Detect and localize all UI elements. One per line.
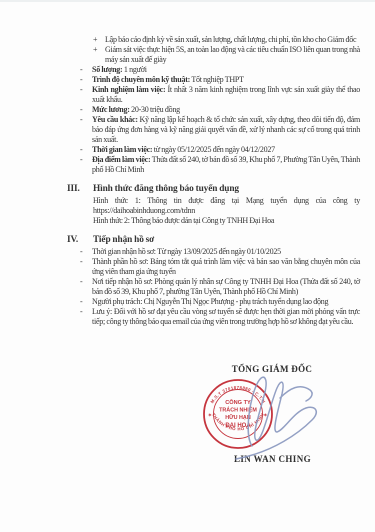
spec-text: Địa điểm làm việc: Thửa đất số 240, tờ b… — [92, 155, 360, 175]
spec-text: Mức lương: 20-30 triệu đồng — [92, 105, 360, 115]
spec-label: Trình độ chuyên môn kỹ thuật: — [92, 75, 190, 84]
dash-marker: - — [80, 277, 92, 287]
dash-marker: - — [80, 65, 92, 75]
item-text: Thành phần hồ sơ: Bảng tóm tắt quá trình… — [92, 257, 360, 277]
item-text: Thời gian nhận hồ sơ: Từ ngày 13/09/2025… — [92, 247, 360, 257]
list-item: + Lập báo cáo định kỳ về sản xuất, sản l… — [93, 35, 360, 45]
item-text: Nơi tiếp nhận hồ sơ: Phòng quản lý nhân … — [92, 277, 360, 297]
list-item: - Người phụ trách: Chị Nguyễn Thị Ngọc P… — [80, 297, 360, 307]
dash-marker: - — [80, 105, 92, 115]
spec-value: từ ngày 05/12/2025 đến ngày 04/12/2027 — [154, 145, 275, 154]
item-text: Người phụ trách: Chị Nguyễn Thị Ngọc Phư… — [92, 297, 360, 307]
list-item: - Thời gian làm việc: từ ngày 05/12/2025… — [80, 145, 360, 155]
dash-marker: - — [80, 257, 92, 267]
item-text: Lưu ý: Đối với hồ sơ đạt yêu cầu vòng sơ… — [92, 307, 360, 327]
spec-label: Kinh nghiệm làm việc: — [92, 85, 165, 94]
list-item: + Giám sát việc thực hiện 5S, an toàn la… — [93, 45, 360, 65]
document-content: + Lập báo cáo định kỳ về sản xuất, sản l… — [0, 2, 375, 327]
spec-text: Kinh nghiệm làm việc: Ít nhất 3 năm kinh… — [92, 85, 360, 105]
dash-marker: - — [80, 85, 92, 95]
list-item: - Số lượng: 1 người — [80, 65, 360, 75]
section-title: Tiếp nhận hồ sơ — [93, 235, 360, 245]
dash-marker: - — [80, 145, 92, 155]
spec-value: 1 người — [124, 65, 147, 74]
plus-marker: + — [93, 35, 105, 45]
plus-marker: + — [93, 45, 105, 55]
section-title: Hình thức đăng thông báo tuyển dụng — [93, 184, 360, 194]
dash-marker: - — [80, 297, 92, 307]
list-item: - Lưu ý: Đối với hồ sơ đạt yêu cầu vòng … — [80, 307, 360, 327]
dash-marker: - — [80, 115, 92, 125]
section-line: Hình thức 2: Thông báo được dán tại Công… — [93, 216, 360, 226]
list-item: - Mức lương: 20-30 triệu đồng — [80, 105, 360, 115]
spec-label: Yêu cầu khác: — [92, 115, 138, 124]
dash-marker: - — [80, 155, 92, 165]
list-item: - Thời gian nhận hồ sơ: Từ ngày 13/09/20… — [80, 247, 360, 257]
dash-marker: - — [80, 247, 92, 257]
bullet-text: Giám sát việc thực hiện 5S, an toàn lao … — [105, 45, 360, 65]
dash-marker: - — [80, 75, 92, 85]
spec-value: 20-30 triệu đồng — [131, 105, 180, 114]
spec-label: Số lượng: — [92, 65, 122, 74]
section-number: III. — [67, 184, 93, 194]
seal-star-left-icon: ✶ — [208, 413, 212, 418]
signature-scribble — [222, 368, 350, 468]
spec-label: Thời gian làm việc: — [92, 145, 152, 154]
spec-text: Thời gian làm việc: từ ngày 05/12/2025 đ… — [92, 145, 360, 155]
list-item: - Địa điểm làm việc: Thửa đất số 240, tờ… — [80, 155, 360, 175]
spec-text: Số lượng: 1 người — [92, 65, 360, 75]
section-body: Hình thức 1: Thông tin được đăng tại Mạn… — [93, 196, 360, 226]
list-item: - Nơi tiếp nhận hồ sơ: Phòng quản lý nhâ… — [80, 277, 360, 297]
list-item: - Yêu cầu khác: Kỹ năng lập kế hoạch & t… — [80, 115, 360, 145]
list-item: - Trình độ chuyên môn kỹ thuật: Tốt nghi… — [80, 75, 360, 85]
spec-label: Mức lương: — [92, 105, 130, 114]
section-line: Hình thức 1: Thông tin được đăng tại Mạn… — [93, 196, 360, 216]
spec-text: Trình độ chuyên môn kỹ thuật: Tốt nghiệp… — [92, 75, 360, 85]
spec-label: Địa điểm làm việc: — [92, 155, 150, 164]
spec-value: Tốt nghiệp THPT — [191, 75, 243, 84]
list-item: - Thành phần hồ sơ: Bảng tóm tắt quá trì… — [80, 257, 360, 277]
section-number: IV. — [67, 235, 93, 245]
list-item: - Kinh nghiệm làm việc: Ít nhất 3 năm ki… — [80, 85, 360, 105]
dash-marker: - — [80, 307, 92, 317]
spec-text: Yêu cầu khác: Kỹ năng lập kế hoạch & tổ … — [92, 115, 360, 145]
bullet-text: Lập báo cáo định kỳ về sản xuất, sản lượ… — [105, 35, 360, 45]
document-page: + Lập báo cáo định kỳ về sản xuất, sản l… — [0, 0, 375, 532]
section-heading: III. Hình thức đăng thông báo tuyển dụng — [67, 184, 360, 194]
section-heading: IV. Tiếp nhận hồ sơ — [67, 235, 360, 245]
